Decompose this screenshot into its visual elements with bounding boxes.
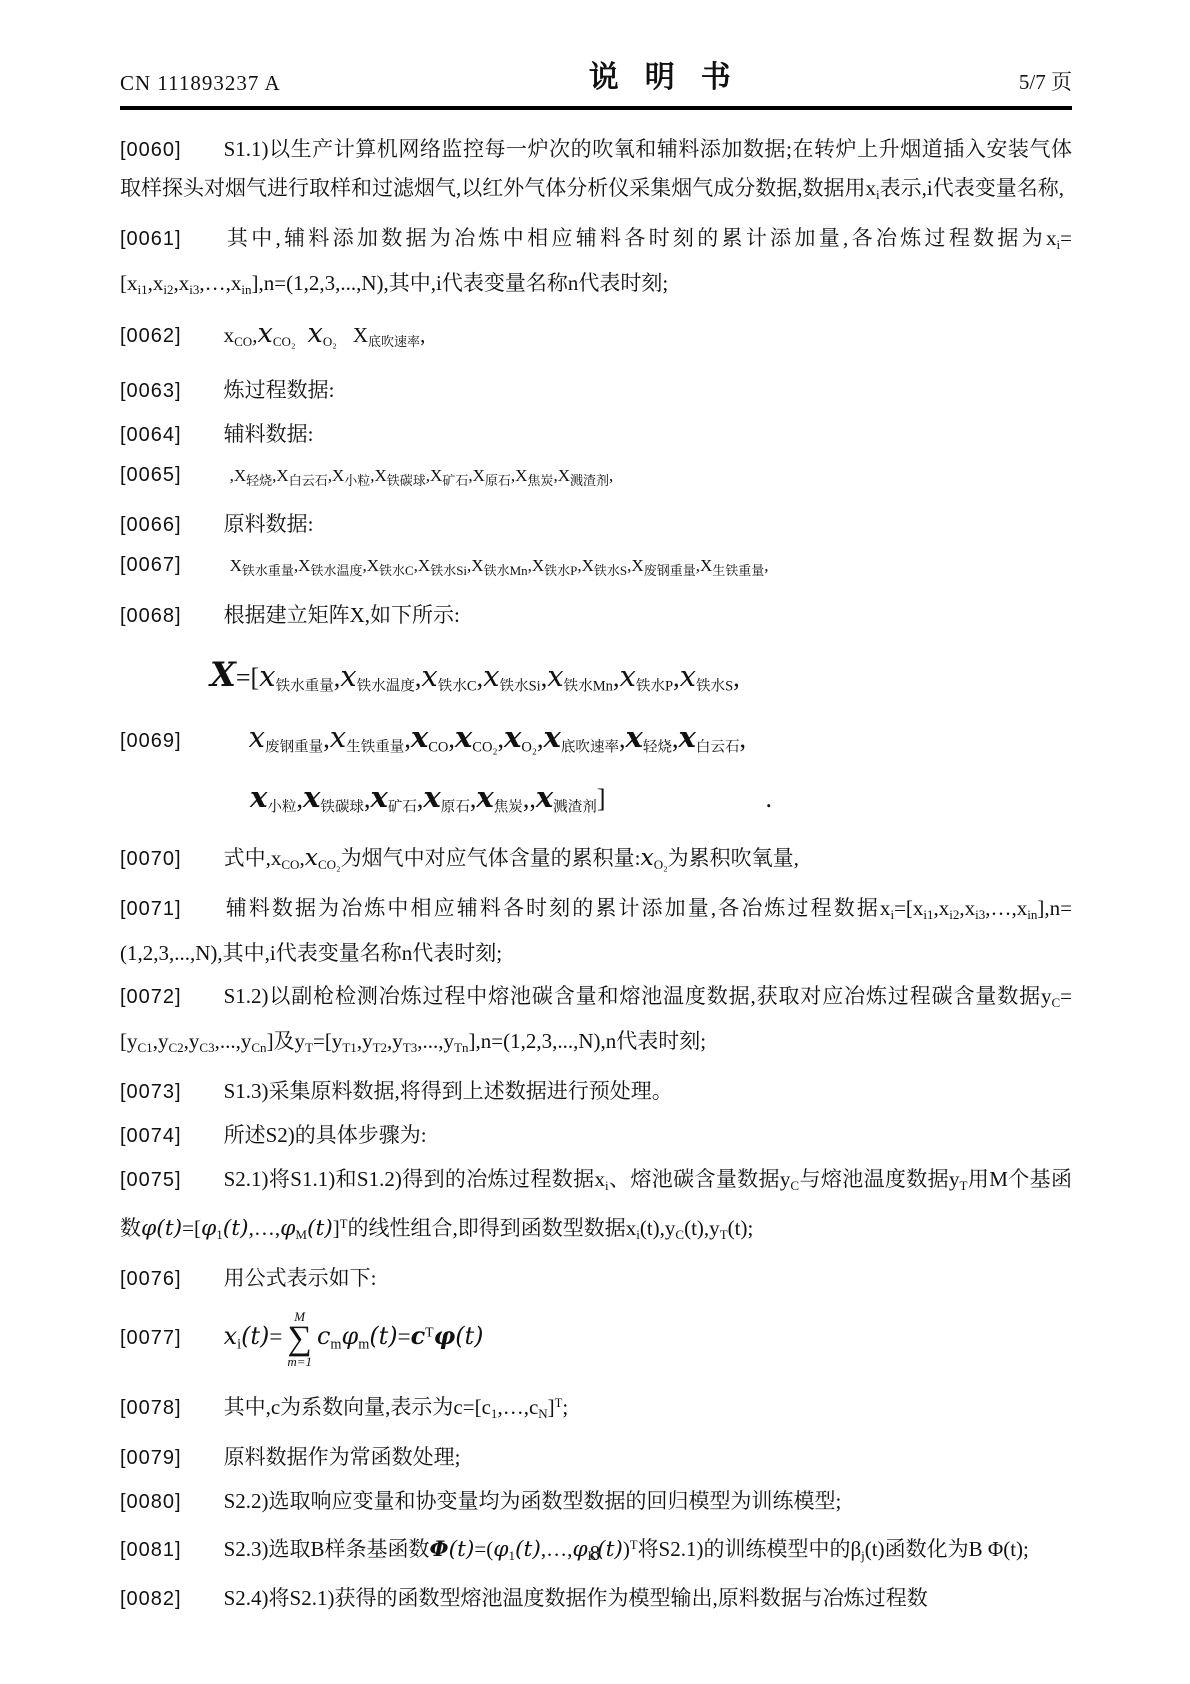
text-segment: 炼过程数据: <box>224 378 335 402</box>
text-segment: 原石 <box>485 472 511 487</box>
text-segment: 铁碳球 <box>320 800 364 816</box>
text-segment: 白云石 <box>696 740 740 756</box>
text-segment: , <box>609 466 613 485</box>
text-segment: ,X <box>272 466 289 485</box>
text-segment: x <box>626 720 643 754</box>
text-segment: ,X <box>528 556 545 575</box>
text-segment: C <box>675 1227 684 1242</box>
text-segment: 废钢重量 <box>265 740 323 756</box>
text-segment: ,X <box>362 556 379 575</box>
text-segment: 铁水P <box>544 563 577 578</box>
text-segment: C1 <box>138 1040 153 1055</box>
text-segment: ,x <box>934 896 950 920</box>
text-segment: ,X <box>414 556 431 575</box>
text-segment: ,...,y <box>417 1029 454 1053</box>
text-segment: ]及y <box>267 1029 306 1053</box>
text-segment: 为烟气中对应气体含量的累积量: <box>341 846 641 870</box>
paragraph: [0062]xCO,xCO₂xO₂X底吹速率, <box>120 315 1072 361</box>
text-segment: 废钢重量 <box>644 563 696 578</box>
paragraph-number: [0075] <box>120 1169 182 1191</box>
text-segment: ,x <box>148 271 164 295</box>
text-segment: ,X <box>328 466 345 485</box>
paragraph-content: X=[x铁水重量,x铁水温度,x铁水C,x铁水Si,x铁水Mn,x铁水P,x铁水… <box>120 663 740 692</box>
paragraph-content: ,X轻烧,X白云石,X小粒,X铁碳球,X矿石,X原石,X焦炭,X溅渣剂, <box>230 466 614 485</box>
paragraph-number: [0061] <box>120 228 182 250</box>
text-segment: 铁水Si <box>430 563 467 578</box>
text-segment: C3 <box>199 1040 214 1055</box>
text-segment: 原料数据: <box>224 512 314 536</box>
paragraph-number: [0077] <box>120 1327 182 1349</box>
text-segment: T1 <box>342 1040 356 1055</box>
text-segment: x <box>303 780 320 814</box>
document-title: 说明书 <box>589 52 757 96</box>
text-segment: =[ <box>236 663 259 692</box>
text-segment: 铁水重量 <box>242 563 294 578</box>
document-number: CN 111893237 A <box>120 71 281 96</box>
text-segment: O₂ <box>521 740 537 756</box>
paragraph: [0063]炼过程数据: <box>120 371 1072 410</box>
text-segment: x <box>330 720 346 754</box>
patent-document-page: CN 111893237 A 说明书 5/7 页 [0060]S1.1)以生产计… <box>0 0 1190 1684</box>
text-segment: (t) <box>369 1322 397 1350</box>
paragraph: [0068]根据建立矩阵X,如下所示: <box>120 596 1072 635</box>
paragraph-number: [0078] <box>120 1397 182 1419</box>
text-segment: (t); <box>728 1216 754 1240</box>
text-segment: X <box>210 655 236 694</box>
text-segment: X <box>353 323 368 347</box>
text-segment: ,, <box>523 784 536 813</box>
text-segment: CO₂ <box>273 334 296 349</box>
text-segment: ,X <box>294 556 311 575</box>
text-segment: x <box>547 659 563 693</box>
text-segment: ; <box>562 1395 568 1419</box>
text-segment: 小粒 <box>344 472 370 487</box>
text-segment: φ <box>341 1322 358 1350</box>
paragraph: [0071]辅料数据为冶炼中相应辅料各时刻的累计添加量,各冶炼过程数据xi=[x… <box>120 889 1072 972</box>
text-segment: in <box>241 282 251 297</box>
text-segment: 辅料数据: <box>224 422 314 446</box>
text-segment: 焦炭 <box>527 472 553 487</box>
paragraph: [0075]S2.1)将S1.1)和S1.2)得到的冶炼过程数据xi、熔池碳含量… <box>120 1160 1072 1254</box>
text-segment: x <box>483 659 499 693</box>
text-segment: 焦炭 <box>494 800 523 816</box>
text-segment: =[x <box>894 896 923 920</box>
text-segment: S2.2)选取响应变量和协变量均为函数型数据的回归模型为训练模型; <box>224 1489 842 1513</box>
page-footer: 8 <box>0 1541 1190 1566</box>
paragraph: [0065],X轻烧,X白云石,X小粒,X铁碳球,X矿石,X原石,X焦炭,X溅渣… <box>120 460 1072 496</box>
text-segment: i1 <box>138 282 148 297</box>
text-segment: 所述S2)的具体步骤为: <box>224 1123 427 1147</box>
text-segment: 生铁重量 <box>712 563 764 578</box>
text-segment: C <box>790 1178 799 1193</box>
text-segment: T <box>305 1040 313 1055</box>
text-segment: 铁水Mn <box>484 563 528 578</box>
text-segment: 轻烧 <box>246 472 272 487</box>
paragraph-number: [0065] <box>120 464 182 486</box>
paragraph-number: [0080] <box>120 1491 182 1513</box>
text-segment: x <box>370 780 387 814</box>
text-segment: Cn <box>251 1040 266 1055</box>
text-segment: ,X <box>627 556 644 575</box>
text-segment: 小粒 <box>267 800 296 816</box>
text-segment: . <box>765 784 772 813</box>
text-segment: (t) <box>156 1216 182 1241</box>
text-segment: CO <box>281 857 299 872</box>
text-segment: 原石 <box>441 800 470 816</box>
text-segment: CO <box>428 740 448 756</box>
text-segment: x <box>257 318 272 349</box>
text-segment: φ <box>434 1322 456 1350</box>
paragraph-content: 炼过程数据: <box>224 378 335 402</box>
paragraph-content: S2.4)将S2.1)获得的函数型熔池温度数据作为模型输出,原料数据与冶炼过程数 <box>224 1586 928 1610</box>
text-segment: X <box>230 556 242 575</box>
paragraph-number: [0062] <box>120 325 182 347</box>
text-segment: ,X <box>426 466 443 485</box>
paragraph: [0076]用公式表示如下: <box>120 1259 1072 1298</box>
text-segment: N <box>538 1406 547 1421</box>
text-segment: ,X <box>577 556 594 575</box>
paragraph: [0074]所述S2)的具体步骤为: <box>120 1116 1072 1155</box>
paragraph-content: X铁水重量,X铁水温度,X铁水C,X铁水Si,X铁水Mn,X铁水P,X铁水S,X… <box>230 556 769 575</box>
paragraph-content: S1.3)采集原料数据,将得到上述数据进行预处理。 <box>224 1079 673 1103</box>
text-segment: x <box>249 720 265 754</box>
text-segment: ,…,c <box>497 1395 538 1419</box>
text-segment: x <box>307 318 322 349</box>
text-segment: x <box>340 659 356 693</box>
paragraph: [0067]X铁水重量,X铁水温度,X铁水C,X铁水Si,X铁水Mn,X铁水P,… <box>120 550 1072 586</box>
paragraph: [0070]式中,xCO,xCO₂为烟气中对应气体含量的累积量:xO₂为累积吹氧… <box>120 838 1072 884</box>
paragraph-content: 式中,xCO,xCO₂为烟气中对应气体含量的累积量:xO₂为累积吹氧量, <box>224 846 799 870</box>
paragraph-number: [0074] <box>120 1125 182 1147</box>
text-segment: ,X <box>553 466 570 485</box>
paragraph: [0061]其中,辅料添加数据为冶炼中相应辅料各时刻的累计添加量,各冶炼过程数据… <box>120 219 1072 309</box>
page-header: CN 111893237 A 说明书 5/7 页 <box>120 52 1072 110</box>
text-segment: ] <box>333 1216 340 1240</box>
text-segment: φ <box>280 1216 295 1241</box>
text-segment: in <box>1027 907 1037 922</box>
text-segment: 式中,x <box>224 846 282 870</box>
text-segment: m <box>358 1336 369 1352</box>
text-segment: x <box>678 720 695 754</box>
text-segment: 铁水S <box>696 679 733 695</box>
paragraph-content: x小粒,x铁碳球,x矿石,x原石,x焦炭,,x溅渣剂]. <box>120 784 772 813</box>
paragraph-content: 其中,辅料添加数据为冶炼中相应辅料各时刻的累计添加量,各冶炼过程数据为xi=[x… <box>120 226 1072 295</box>
paragraph: X=[x铁水重量,x铁水温度,x铁水C,x铁水Si,x铁水Mn,x铁水P,x铁水… <box>120 653 1072 698</box>
text-segment: x <box>259 659 275 693</box>
paragraph-number: [0070] <box>120 848 182 870</box>
text-segment: 与熔池温度数据y <box>799 1167 959 1191</box>
text-segment: i3 <box>189 282 199 297</box>
text-segment: ,y <box>153 1029 169 1053</box>
text-segment: 铁水温度 <box>310 563 362 578</box>
text-segment: φ <box>201 1216 216 1241</box>
text-segment: i2 <box>163 282 173 297</box>
text-segment: T2 <box>373 1040 387 1055</box>
text-segment: x <box>224 323 235 347</box>
text-segment: 白云石 <box>289 472 328 487</box>
text-segment: 底吹速率 <box>368 334 420 349</box>
text-segment: m <box>330 1336 341 1352</box>
text-segment: 其中,c为系数向量,表示为c=[c <box>224 1395 491 1419</box>
text-segment: (t) <box>241 1322 269 1350</box>
paragraph-number: [0072] <box>120 986 182 1008</box>
text-segment: 铁水C <box>379 563 414 578</box>
paragraph-number: [0069] <box>120 730 182 752</box>
paragraph-content: 原料数据: <box>224 512 314 536</box>
paragraph-content: 用公式表示如下: <box>224 1266 377 1290</box>
paragraph: [0060]S1.1)以生产计算机网络监控每一炉次的吹氧和辅料添加数据;在转炉上… <box>120 130 1072 214</box>
text-segment: ,…,x <box>985 896 1027 920</box>
paragraph-number: [0073] <box>120 1081 182 1103</box>
text-segment: , <box>733 663 740 692</box>
text-segment: 铁水温度 <box>357 679 415 695</box>
text-segment: (t),y <box>684 1216 720 1240</box>
paragraph-number: [0064] <box>120 424 182 446</box>
text-segment: S1.3)采集原料数据,将得到上述数据进行预处理。 <box>224 1079 673 1103</box>
text-segment: 溅渣剂 <box>553 800 597 816</box>
paragraph: x小粒,x铁碳球,x矿石,x原石,x焦炭,,x溅渣剂]. <box>120 778 1072 818</box>
text-segment: 轻烧 <box>643 740 672 756</box>
text-segment: ] <box>548 1395 555 1419</box>
text-segment: 溅渣剂 <box>570 472 609 487</box>
text-segment: 矿石 <box>442 472 468 487</box>
text-segment: x <box>536 780 553 814</box>
paragraph-number: [0060] <box>120 139 182 161</box>
paragraph: [0078]其中,c为系数向量,表示为c=[c1,…,cN]T; <box>120 1384 1072 1433</box>
text-segment: x <box>455 720 472 754</box>
text-segment: 铁水Si <box>500 679 541 695</box>
paragraph: [0064]辅料数据: <box>120 415 1072 454</box>
paragraph: [0072]S1.2)以副枪检测冶炼过程中熔池碳含量和熔池温度数据,获取对应冶炼… <box>120 977 1072 1067</box>
text-segment: , <box>764 556 768 575</box>
text-segment: x <box>411 720 428 754</box>
text-segment: S1.2)以副枪检测冶炼过程中熔池碳含量和熔池温度数据,获取对应冶炼过程碳含量数… <box>224 984 1052 1008</box>
text-segment: x <box>504 720 521 754</box>
paragraph-content: 原料数据作为常函数处理; <box>224 1445 461 1469</box>
text-segment: x <box>305 843 318 871</box>
text-segment: x <box>680 659 696 693</box>
text-segment: 其中,辅料添加数据为冶炼中相应辅料各时刻的累计添加量,各冶炼过程数据为x <box>224 226 1057 250</box>
text-segment: (t) <box>223 1216 249 1241</box>
paragraph: [0079]原料数据作为常函数处理; <box>120 1438 1072 1477</box>
paragraph-content: 根据建立矩阵X,如下所示: <box>224 603 460 627</box>
text-segment: ,X <box>696 556 713 575</box>
text-segment: ,x <box>959 896 975 920</box>
text-segment: ,x <box>174 271 190 295</box>
text-segment: 铁水S <box>594 563 627 578</box>
paragraph-content: 所述S2)的具体步骤为: <box>224 1123 427 1147</box>
text-segment: ,X <box>511 466 528 485</box>
text-segment: (t) <box>307 1216 333 1241</box>
text-segment: ,X <box>467 556 484 575</box>
text-segment: 表示,i代表变量名称, <box>880 176 1064 200</box>
text-segment: x <box>476 780 493 814</box>
text-segment: C2 <box>168 1040 183 1055</box>
paragraph-content: S1.2)以副枪检测冶炼过程中熔池碳含量和熔池温度数据,获取对应冶炼过程碳含量数… <box>120 984 1072 1053</box>
paragraph-number: [0076] <box>120 1268 182 1290</box>
text-segment: ] <box>597 784 606 813</box>
paragraph-content: S2.2)选取响应变量和协变量均为函数型数据的回归模型为训练模型; <box>224 1489 842 1513</box>
text-segment: ,X <box>230 466 247 485</box>
text-segment: x <box>423 780 440 814</box>
text-segment: 根据建立矩阵X,如下所示: <box>224 603 460 627</box>
text-segment: 铁水C <box>438 679 477 695</box>
text-segment: 生铁重量 <box>346 740 404 756</box>
text-segment: i2 <box>949 907 959 922</box>
paragraph-number: [0068] <box>120 605 182 627</box>
text-segment: [ <box>194 1216 201 1240</box>
text-segment: ,y <box>357 1029 373 1053</box>
text-segment: T <box>720 1227 728 1242</box>
text-segment: ,…, <box>249 1216 281 1240</box>
text-segment: 矿石 <box>388 800 417 816</box>
paragraph-number: [0066] <box>120 514 182 536</box>
text-segment: φ <box>141 1216 156 1241</box>
text-segment: c <box>411 1322 426 1350</box>
paragraph: [0073]S1.3)采集原料数据,将得到上述数据进行预处理。 <box>120 1072 1072 1111</box>
text-segment: ],n=(1,2,3,...,N),n代表时刻; <box>468 1029 706 1053</box>
page-number: 8 <box>590 1541 601 1565</box>
paragraph-number: [0067] <box>120 554 182 576</box>
text-segment: , <box>739 724 746 753</box>
text-segment: =[y <box>313 1029 342 1053</box>
paragraph-content: xi(t)=M∑m=1cmφm(t)=cTφ(t) <box>224 1324 484 1349</box>
text-segment: , <box>420 323 425 347</box>
text-segment: T <box>960 1178 968 1193</box>
text-segment: 的线性组合,即得到函数型数据x <box>347 1216 636 1240</box>
text-segment: (t) <box>455 1322 483 1350</box>
paragraph-content: 辅料数据为冶炼中相应辅料各时刻的累计添加量,各冶炼过程数据xi=[xi1,xi2… <box>120 896 1072 965</box>
text-segment: x <box>250 780 267 814</box>
text-segment: x <box>619 659 635 693</box>
text-segment: x <box>543 720 560 754</box>
text-segment: (t),y <box>640 1216 676 1240</box>
text-segment: ,X <box>370 466 387 485</box>
text-segment: M <box>295 1227 307 1242</box>
paragraph-content: 其中,c为系数向量,表示为c=[c1,…,cN]T; <box>224 1395 569 1419</box>
paragraph-content: 辅料数据: <box>224 422 314 446</box>
paragraph: [0077]xi(t)=M∑m=1cmφm(t)=cTφ(t) <box>120 1310 1072 1368</box>
text-segment: 原料数据作为常函数处理; <box>224 1445 461 1469</box>
paragraph-content: xCO,xCO₂xO₂X底吹速率, <box>224 323 426 347</box>
text-segment: x <box>224 1322 237 1350</box>
text-segment: CO <box>234 334 252 349</box>
paragraph: [0082]S2.4)将S2.1)获得的函数型熔池温度数据作为模型输出,原料数据… <box>120 1579 1072 1618</box>
text-segment: CO₂ <box>472 740 497 756</box>
paragraph: [0066]原料数据: <box>120 505 1072 544</box>
text-segment: O₂ <box>654 857 668 872</box>
text-segment: ,y <box>387 1029 403 1053</box>
paragraph: [0069]x废钢重量,x生铁重量,xCO,xCO₂,xO₂,x底吹速率,x轻烧… <box>120 718 1072 758</box>
text-segment: x <box>421 659 437 693</box>
text-segment: T <box>425 1324 433 1339</box>
text-segment: 为累积吹氧量, <box>668 846 799 870</box>
paragraph-number: [0071] <box>120 898 182 920</box>
text-segment: S2.4)将S2.1)获得的函数型熔池温度数据作为模型输出,原料数据与冶炼过程数 <box>224 1586 928 1610</box>
paragraph-content: S1.1)以生产计算机网络监控每一炉次的吹氧和辅料添加数据;在转炉上升烟道插入安… <box>120 137 1072 200</box>
text-segment: C <box>1051 995 1060 1010</box>
text-segment: ,y <box>184 1029 200 1053</box>
paragraph-number: [0079] <box>120 1447 182 1469</box>
text-segment: S2.1)将S1.1)和S1.2)得到的冶炼过程数据x <box>224 1167 605 1191</box>
text-segment: x <box>640 843 653 871</box>
text-segment: 铁水Mn <box>564 679 613 695</box>
text-segment: 用公式表示如下: <box>224 1266 377 1290</box>
text-segment: 铁碳球 <box>387 472 426 487</box>
text-segment: ,...,y <box>215 1029 252 1053</box>
text-segment: 、熔池碳含量数据y <box>609 1167 791 1191</box>
paragraph-content: x废钢重量,x生铁重量,xCO,xCO₂,xO₂,x底吹速率,x轻烧,x白云石, <box>224 724 746 753</box>
summation-symbol: M∑m=1 <box>287 1310 312 1368</box>
text-segment: 底吹速率 <box>561 740 619 756</box>
text-segment: i1 <box>923 907 933 922</box>
paragraph-number: [0063] <box>120 380 182 402</box>
text-segment: i3 <box>975 907 985 922</box>
paragraph-content: S2.1)将S1.1)和S1.2)得到的冶炼过程数据xi、熔池碳含量数据yC与熔… <box>120 1167 1072 1240</box>
text-segment: O₂ <box>323 334 337 349</box>
text-segment: = <box>269 1324 282 1349</box>
paragraph-list: [0060]S1.1)以生产计算机网络监控每一炉次的吹氧和辅料添加数据;在转炉上… <box>120 130 1072 1618</box>
text-segment: 铁水重量 <box>276 679 334 695</box>
text-segment: c <box>317 1322 330 1350</box>
text-segment: = <box>398 1324 411 1349</box>
text-segment: 辅料数据为冶炼中相应辅料各时刻的累计添加量,各冶炼过程数据x <box>224 896 891 920</box>
paragraph: [0080]S2.2)选取响应变量和协变量均为函数型数据的回归模型为训练模型; <box>120 1482 1072 1521</box>
text-segment: T3 <box>403 1040 417 1055</box>
text-segment: ,X <box>468 466 485 485</box>
text-segment: ],n=(1,2,3,...,N),其中,i代表变量名称n代表时刻; <box>252 271 669 295</box>
text-segment: CO₂ <box>318 857 341 872</box>
page-indicator: 5/7 页 <box>1019 66 1072 96</box>
text-segment: = <box>182 1216 194 1240</box>
text-segment: ,…,x <box>199 271 241 295</box>
text-segment: 铁水P <box>636 679 673 695</box>
paragraph-number: [0082] <box>120 1588 182 1610</box>
text-segment: Tn <box>454 1040 468 1055</box>
